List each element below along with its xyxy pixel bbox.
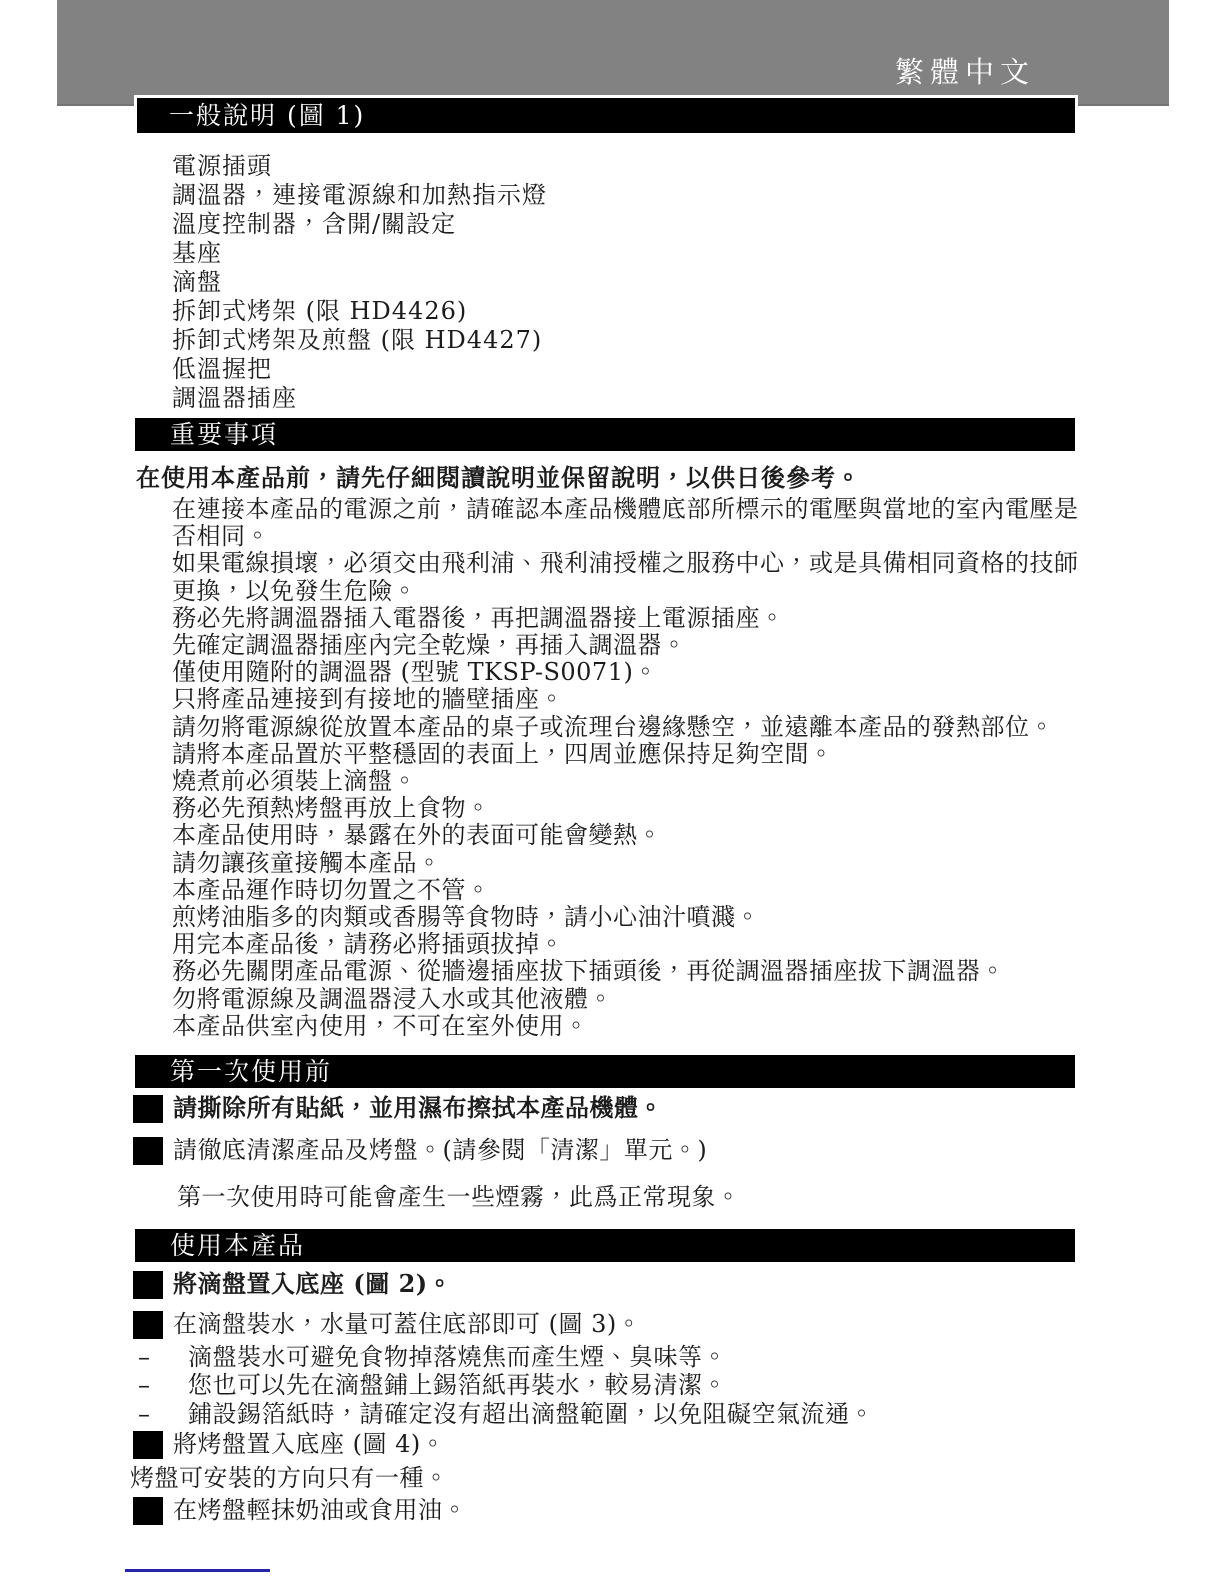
step-item: 將烤盤置入底座 (圖 4)。 bbox=[133, 1430, 1093, 1459]
step-marker-icon bbox=[133, 1271, 163, 1299]
dash-icon: – bbox=[138, 1400, 178, 1428]
list-item: 拆卸式烤架 (限 HD4426) bbox=[172, 297, 1072, 326]
list-item: 煎烤油脂多的肉類或香腸等食物時，請小心油汁噴濺。 bbox=[172, 904, 1079, 931]
list-item: 溫度控制器，含開/關設定 bbox=[172, 210, 1072, 239]
step-item: 在烤盤輕抹奶油或食用油。 bbox=[133, 1496, 1093, 1525]
list-item: 低溫握把 bbox=[172, 355, 1072, 384]
list-item: 請勿將電源線從放置本產品的桌子或流理台邊緣懸空，並遠離本產品的發熱部位。 bbox=[172, 714, 1079, 741]
section-title-usage: 使用本產品 bbox=[170, 1231, 305, 1260]
dash-icon: – bbox=[138, 1371, 178, 1399]
step-item: 請徹底清潔產品及烤盤。(請參閱「清潔」單元。) bbox=[133, 1136, 1093, 1165]
important-intro: 在使用本產品前，請先仔細閱讀說明並保留說明，以供日後參考。 bbox=[136, 458, 1096, 493]
step-marker-icon bbox=[133, 1431, 163, 1459]
important-list: 在連接本產品的電源之前，請確認本產品機體底部所標示的電壓與當地的室內電壓是否相同… bbox=[172, 496, 1079, 1040]
step-text: 在烤盤輕抹奶油或食用油。 bbox=[173, 1496, 467, 1524]
step-text: 將滴盤置入底座 (圖 2)。 bbox=[173, 1270, 452, 1298]
sub-item-text: 滴盤裝水可避免食物掉落燒焦而產生煙、臭味等。 bbox=[138, 1343, 1088, 1371]
list-item: 拆卸式烤架及煎盤 (限 HD4427) bbox=[172, 326, 1072, 355]
list-item: – 您也可以先在滴盤鋪上錫箔紙再裝水，較易清潔。 bbox=[138, 1371, 1088, 1399]
language-label: 繁體中文 bbox=[895, 50, 1035, 91]
section-title-important: 重要事項 bbox=[170, 420, 278, 449]
list-item: – 鋪設錫箔紙時，請確定沒有超出滴盤範圍，以免阻礙空氣流通。 bbox=[138, 1400, 1088, 1428]
step-item: 將滴盤置入底座 (圖 2)。 bbox=[133, 1270, 1093, 1299]
list-item: 調溫器，連接電源線和加熱指示燈 bbox=[172, 181, 1072, 210]
section-title-first-use: 第一次使用前 bbox=[170, 1057, 332, 1086]
section-header-general: 一般說明 (圖 1) bbox=[134, 95, 1078, 136]
list-item: 僅使用隨附的調溫器 (型號 TKSP-S0071)。 bbox=[172, 659, 1079, 686]
section-header-first-use: 第一次使用前 bbox=[135, 1055, 1075, 1088]
list-item: 滴盤 bbox=[172, 268, 1072, 297]
step-marker-icon bbox=[133, 1095, 163, 1123]
list-item: 如果電線損壞，必須交由飛利浦、飛利浦授權之服務中心，或是具備相同資格的技師更換，… bbox=[172, 550, 1079, 604]
manual-page: 繁體中文 一般說明 (圖 1) 電源插頭 調溫器，連接電源線和加熱指示燈 溫度控… bbox=[0, 0, 1224, 1584]
top-banner: 繁體中文 bbox=[57, 0, 1169, 106]
list-item: 燒煮前必須裝上滴盤。 bbox=[172, 768, 1079, 795]
list-item: 勿將電源線及調溫器浸入水或其他液體。 bbox=[172, 986, 1079, 1013]
list-item: 務必先預熱烤盤再放上食物。 bbox=[172, 795, 1079, 822]
list-item: 務必先將調溫器插入電器後，再把調溫器接上電源插座。 bbox=[172, 605, 1079, 632]
section-header-important: 重要事項 bbox=[135, 418, 1075, 451]
step-item: 在滴盤裝水，水量可蓋住底部即可 (圖 3)。 bbox=[133, 1310, 1093, 1339]
list-item: 本產品運作時切勿置之不管。 bbox=[172, 877, 1079, 904]
step-marker-icon bbox=[133, 1137, 163, 1165]
list-item: – 滴盤裝水可避免食物掉落燒焦而產生煙、臭味等。 bbox=[138, 1343, 1088, 1371]
note-text: 第一次使用時可能會產生一些煙霧，此爲正常現象。 bbox=[177, 1177, 741, 1212]
list-item: 本產品使用時，暴露在外的表面可能會變熱。 bbox=[172, 822, 1079, 849]
section-header-usage: 使用本產品 bbox=[135, 1229, 1075, 1262]
list-item: 在連接本產品的電源之前，請確認本產品機體底部所標示的電壓與當地的室內電壓是否相同… bbox=[172, 496, 1079, 550]
step-marker-icon bbox=[133, 1497, 163, 1525]
list-item: 只將產品連接到有接地的牆壁插座。 bbox=[172, 686, 1079, 713]
note-text: 烤盤可安裝的方向只有一種。 bbox=[130, 1458, 449, 1493]
step-text: 請徹底清潔產品及烤盤。(請參閱「清潔」單元。) bbox=[173, 1136, 707, 1164]
list-item: 基座 bbox=[172, 239, 1072, 268]
list-item: 請將本產品置於平整穩固的表面上，四周並應保持足夠空間。 bbox=[172, 741, 1079, 768]
step-text: 在滴盤裝水，水量可蓋住底部即可 (圖 3)。 bbox=[173, 1310, 641, 1338]
step-text: 請撕除所有貼紙，並用濕布擦拭本產品機體。 bbox=[173, 1094, 663, 1122]
list-item: 務必先關閉產品電源、從牆邊插座拔下插頭後，再從調溫器插座拔下調溫器。 bbox=[172, 958, 1079, 985]
step-item: 請撕除所有貼紙，並用濕布擦拭本產品機體。 bbox=[133, 1094, 1093, 1123]
step-marker-icon bbox=[133, 1311, 163, 1339]
parts-list: 電源插頭 調溫器，連接電源線和加熱指示燈 溫度控制器，含開/關設定 基座 滴盤 … bbox=[172, 152, 1072, 413]
sub-item-text: 鋪設錫箔紙時，請確定沒有超出滴盤範圍，以免阻礙空氣流通。 bbox=[138, 1400, 1088, 1428]
dash-icon: – bbox=[138, 1343, 178, 1371]
sub-item-text: 您也可以先在滴盤鋪上錫箔紙再裝水，較易清潔。 bbox=[138, 1371, 1088, 1399]
footnote-rule bbox=[125, 1569, 270, 1572]
list-item: 用完本產品後，請務必將插頭拔掉。 bbox=[172, 931, 1079, 958]
list-item: 請勿讓孩童接觸本產品。 bbox=[172, 850, 1079, 877]
list-item: 調溫器插座 bbox=[172, 384, 1072, 413]
list-item: 先確定調溫器插座內完全乾燥，再插入調溫器。 bbox=[172, 632, 1079, 659]
list-item: 電源插頭 bbox=[172, 152, 1072, 181]
step-text: 將烤盤置入底座 (圖 4)。 bbox=[173, 1430, 445, 1458]
section-title-general: 一般說明 (圖 1) bbox=[169, 101, 365, 130]
list-item: 本產品供室內使用，不可在室外使用。 bbox=[172, 1013, 1079, 1040]
